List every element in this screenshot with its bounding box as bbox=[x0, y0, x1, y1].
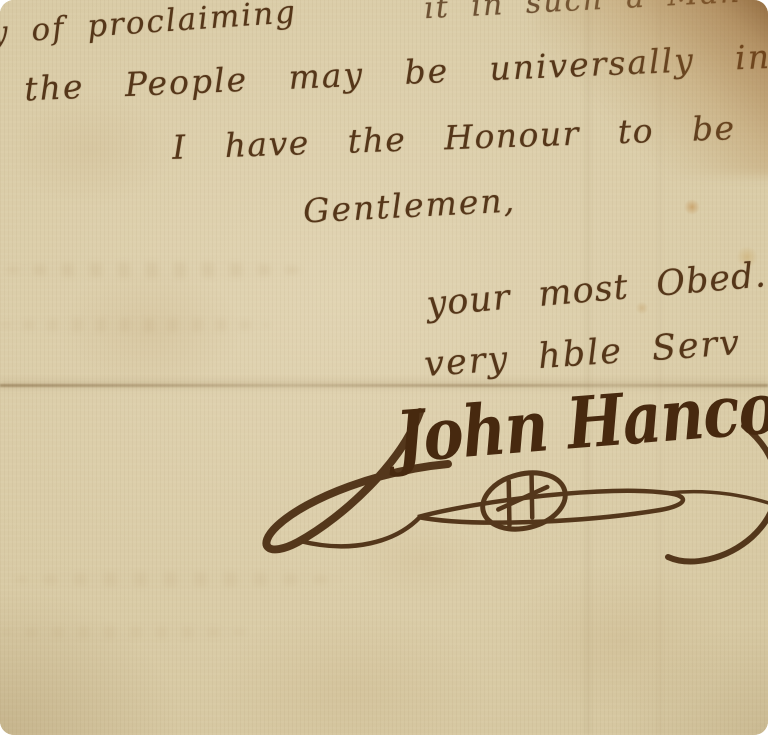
manuscript-photo: ety of proclaiming it in such a Man the … bbox=[0, 0, 768, 735]
edge-vignette bbox=[0, 0, 768, 735]
